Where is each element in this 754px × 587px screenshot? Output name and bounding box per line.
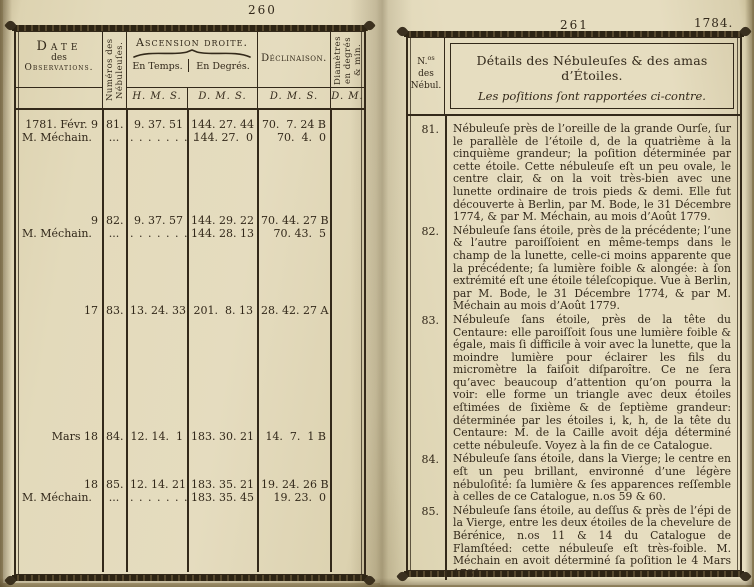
entry-number: 83. (408, 314, 445, 453)
book-spread: 260 261 1784. Date des Observations. Num… (0, 0, 754, 587)
top-border-band (404, 31, 744, 37)
column-header-nebul: N.os des Nébul. (408, 38, 445, 114)
subcolumn-en-temps: En Temps. (127, 59, 188, 72)
entry-number: 85. (408, 505, 445, 581)
table-row: 18M. Méchain. 85.... 12. 14. 21. . . . .… (16, 478, 364, 504)
left-page-edge (0, 0, 12, 587)
year-label: 1784. (694, 16, 733, 30)
table-row: 17 83. 13. 24. 33 201. 8. 13 28. 42. 27 … (16, 304, 364, 317)
table-row: 1781. Févr. 9M. Méchain. 81.... 9. 37. 5… (16, 118, 364, 144)
entry-text: Nébuleuſe ſans étoile, dans la Vierge; l… (445, 453, 740, 503)
details-panel: N.os des Nébul. Détails des Nébuleuſes &… (406, 36, 742, 572)
entry-number: 81. (408, 123, 445, 224)
right-page-number: 261 (560, 18, 589, 32)
nebula-entry: 83. Nébuleuſe ſans étoile, près de la tê… (408, 314, 740, 453)
table-row: 9M. Méchain. 82.... 9. 37. 57. . . . . .… (16, 214, 364, 240)
ascension-brace-icon (131, 49, 253, 58)
nebula-entry: 82. Nébuleuſe ſans étoile, près de la pr… (408, 225, 740, 313)
right-page-edge (745, 0, 754, 587)
table-header: Date des Observations. Numéros des Nébul… (16, 32, 364, 110)
unit-header-declinaison: D. M. S. (257, 88, 330, 108)
unit-header-diam: D. M. (330, 88, 364, 108)
table-body: 1781. Févr. 9M. Méchain. 81.... 9. 37. 5… (16, 110, 364, 572)
column-header-numeros: Numéros des Nébuleuſes. (102, 32, 126, 108)
entry-number: 84. (408, 453, 445, 503)
nebula-entry: 85. Nébuleuſe ſans étoile, au deſſus & p… (408, 505, 740, 581)
left-page-number: 260 (248, 3, 277, 17)
column-header-diametres: Diamètres en degrés & min. (330, 32, 364, 88)
top-border-band (12, 25, 368, 31)
unit-header-degres: D. M. S. (187, 88, 257, 108)
nebula-entries: 81. Nébuleuſe près de l’oreille de la gr… (408, 116, 740, 580)
entry-text: Nébuleuſe ſans étoile, près de la précéd… (445, 225, 740, 313)
column-header-date: Date des Observations. (16, 32, 102, 88)
details-title-box: Détails des Nébuleuſes & des amas d’Étoi… (450, 43, 734, 109)
unit-header-temps: H. M. S. (126, 88, 187, 108)
details-title: Détails des Nébuleuſes & des amas d’Étoi… (451, 53, 733, 83)
column-header-declinaison: Déclinaison. (257, 32, 330, 88)
entry-text: Nébuleuſe ſans étoile, au deſſus & près … (445, 505, 740, 581)
entry-text: Nébuleuſe ſans étoile, près de la tête d… (445, 314, 740, 453)
nebula-entry: 84. Nébuleuſe ſans étoile, dans la Vierg… (408, 453, 740, 503)
subcolumn-en-degres: En Degrés. (188, 59, 257, 72)
nebula-entry: 81. Nébuleuſe près de l’oreille de la gr… (408, 123, 740, 224)
bottom-page-edge (0, 578, 754, 587)
entry-number: 82. (408, 225, 445, 313)
entry-text: Nébuleuſe près de l’oreille de la grande… (445, 123, 740, 224)
details-subtitle: Les poſitions ſont rapportées ci-contre. (451, 89, 733, 103)
column-header-ascension: Ascension droite. En Temps. En Degrés. (126, 32, 257, 88)
details-header: N.os des Nébul. Détails des Nébuleuſes &… (408, 38, 740, 116)
observations-table: Date des Observations. Numéros des Nébul… (14, 30, 366, 576)
table-row: Mars 18 84. 12. 14. 1 183. 30. 21 14. 7.… (16, 430, 364, 443)
